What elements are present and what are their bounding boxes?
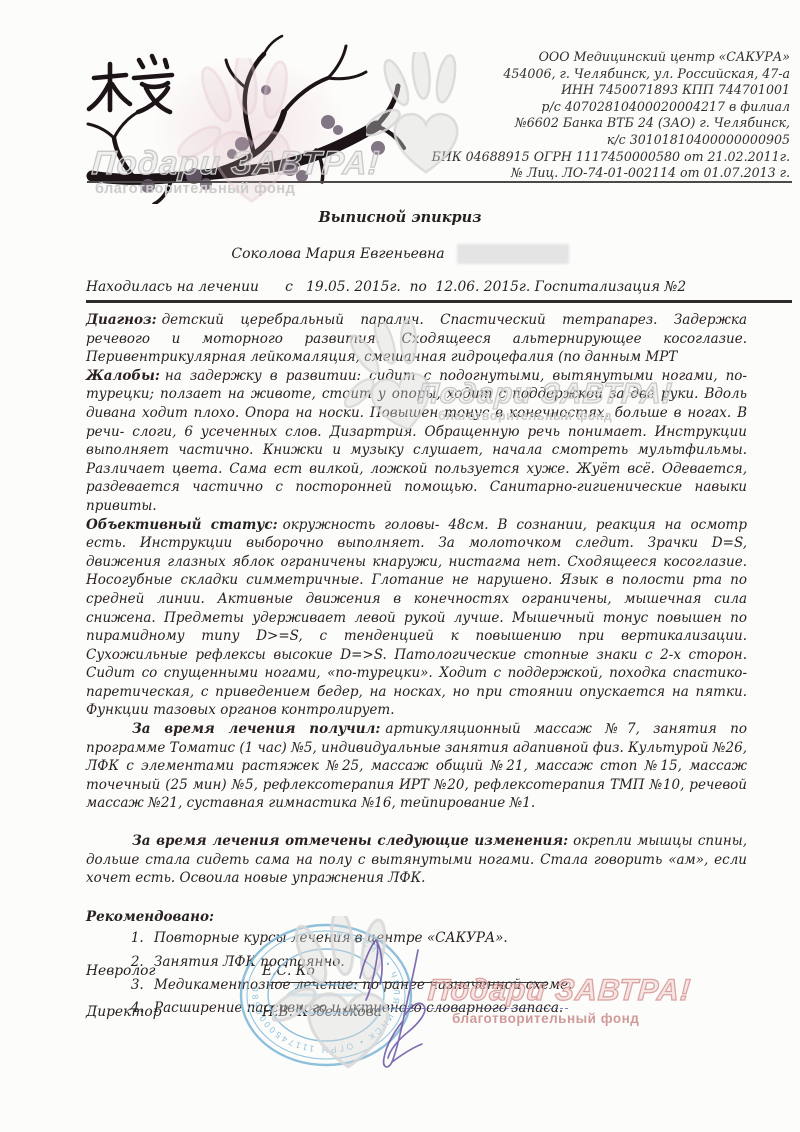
paragraph-complaints: Жалобы:на задержку в развитии: сидит с п… <box>86 367 747 516</box>
paragraph-text: окружность головы- 48см. В сознании, реа… <box>86 517 747 719</box>
paragraph-lead: Диагноз: <box>86 312 157 328</box>
letterhead-line: № Лиц. ЛО-74-01-002114 от 01.07.2013 г. <box>350 165 790 182</box>
letterhead-line: ИНН 7450071893 КПП 744701001 <box>350 82 790 99</box>
signature-role: Директор <box>86 1004 180 1020</box>
paragraph-diagnosis: Диагноз:детский церебральный паралич. Сп… <box>86 311 747 367</box>
signature-role: Невролог <box>86 963 180 979</box>
letterhead-line: ООО Медицинский центр «САКУРА» <box>350 49 790 66</box>
letterhead-line: к/с 30101810400000000905 <box>350 132 790 149</box>
document-title: Выписной эпикриз <box>0 209 800 226</box>
paragraph-treatment-received: За время лечения получил:артикуляционный… <box>86 720 747 813</box>
paragraph-lead: Жалобы: <box>86 368 160 384</box>
letterhead-line: БИК 04688915 ОГРН 1117450000580 от 21.02… <box>350 149 790 166</box>
redacted-region <box>457 244 569 264</box>
paragraph-lead: За время лечения отмечены следующие изме… <box>132 833 568 849</box>
letterhead-line: 454006, г. Челябинск, ул. Российская, 47… <box>350 66 790 83</box>
letterhead-line: №6602 Банка ВТБ 24 (ЗАО) г. Челябинск, <box>350 115 790 132</box>
document-page: ООО Медицинский центр «САКУРА» 454006, г… <box>0 0 800 1132</box>
paragraph-lead: За время лечения получил: <box>132 721 380 737</box>
pen-signature <box>322 920 472 1080</box>
paragraph-objective-status: Объективный статус:окружность головы- 48… <box>86 516 747 721</box>
letterhead-line: р/с 40702810400020004217 в филиал <box>350 99 790 116</box>
paragraph-text: детский церебральный паралич. Спастическ… <box>86 312 747 365</box>
recommendations-lead: Рекомендовано: <box>86 909 214 925</box>
kanji-sakura-icon <box>89 56 172 112</box>
paragraph-text: на задержку в развитии: сидит с подогнут… <box>86 368 747 514</box>
patient-name: Соколова Мария Евгеньевна <box>231 246 444 262</box>
paragraph-changes: За время лечения отмечены следующие изме… <box>86 832 747 888</box>
document-body: Диагноз:детский церебральный паралич. Сп… <box>86 311 747 1022</box>
treatment-period-line: Находилась на лечении с 19.05. 2015г. по… <box>86 279 792 295</box>
company-letterhead: ООО Медицинский центр «САКУРА» 454006, г… <box>350 49 790 182</box>
paragraph-lead: Объективный статус: <box>86 517 278 533</box>
section-divider <box>86 300 792 303</box>
header-divider <box>87 181 792 183</box>
